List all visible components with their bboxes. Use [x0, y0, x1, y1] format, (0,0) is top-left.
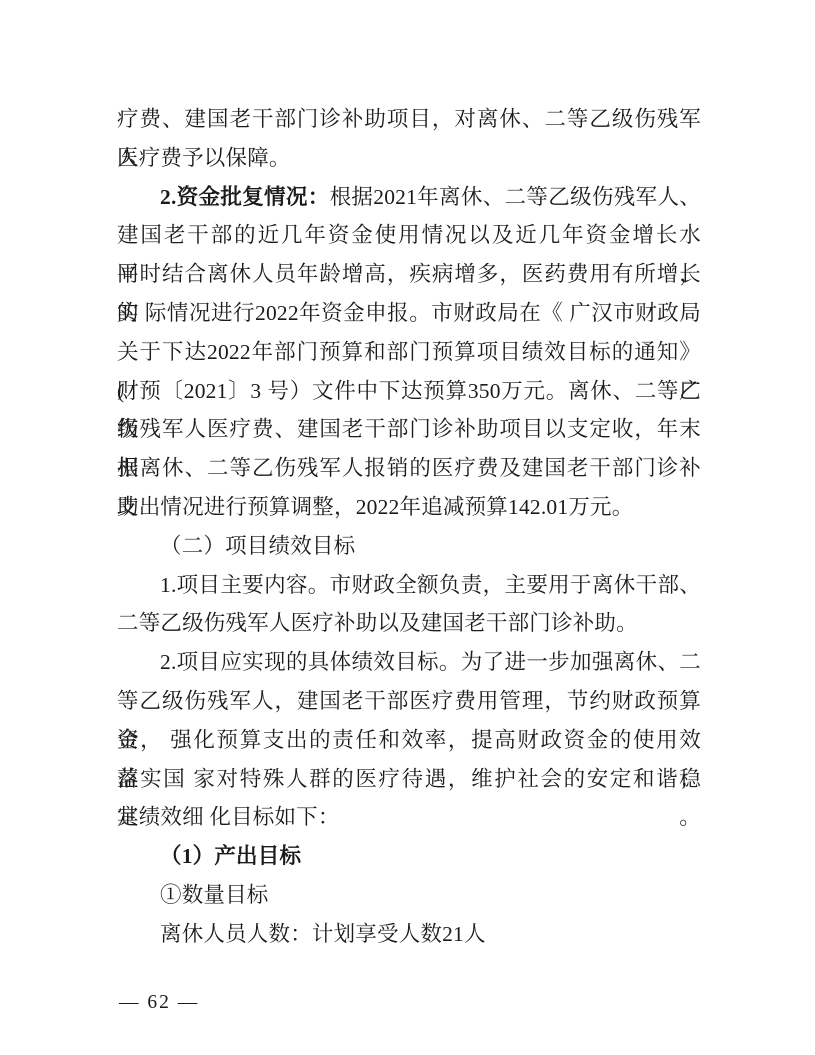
text-line: 2.资金批复情况：根据2021年离休、二等乙级伤残军人、	[117, 178, 701, 217]
text-line: （二）项目绩效目标	[117, 527, 701, 566]
text-line: 落实国 家对特殊人群的医疗待遇，维护社会的安定和谐稳定。	[117, 760, 701, 799]
text-run: 2.项目应实现的具体绩效目标。为了进一步加强离休、二	[160, 650, 701, 674]
text-line: 实 际情况进行2022年资金申报。市财政局在《 广汉市财政局	[117, 294, 701, 333]
page-number: — 62 —	[119, 992, 199, 1013]
text-line: 1.项目主要内容。市财政全额负责，主要用于离休干部、	[117, 566, 701, 605]
text-line: 2.项目应实现的具体绩效目标。为了进一步加强离休、二	[117, 643, 701, 682]
text-run: 支出情况进行预算调整，2022年追减预算142.01万元。	[117, 495, 633, 519]
text-run: （1）产出目标	[160, 844, 301, 868]
text-run: ①数量目标	[160, 883, 269, 907]
text-line: 财预〔2021〕3 号）文件中下达预算350万元。离休、二等乙级	[117, 372, 701, 411]
text-line: 疗费、建国老干部门诊补助项目，对离休、二等乙级伤残军人	[117, 100, 701, 139]
text-run: 离休人员人数：计划享受人数21人	[160, 922, 486, 946]
text-line: 医疗费予以保障。	[117, 139, 701, 178]
text-line: 等乙级伤残军人，建国老干部医疗费用管理，节约财政预算资	[117, 682, 701, 721]
text-line: 伤残军人医疗费、建国老干部门诊补助项目以支定收，年末根	[117, 410, 701, 449]
text-line: 离休人员人数：计划享受人数21人	[117, 915, 701, 954]
text-run: 二等乙级伤残军人医疗补助以及建国老干部门诊补助。	[117, 611, 638, 635]
text-run: 根据2021年离休、二等乙级伤残军人、	[330, 185, 701, 209]
document-body: 疗费、建国老干部门诊补助项目，对离休、二等乙级伤残军人医疗费予以保障。2.资金批…	[117, 100, 701, 954]
text-line: 建国老干部的近几年资金使用情况以及近几年资金增长水平，	[117, 216, 701, 255]
text-run: 1.项目主要内容。市财政全额负责，主要用于离休干部、	[160, 573, 701, 597]
document-page: 疗费、建国老干部门诊补助项目，对离休、二等乙级伤残军人医疗费予以保障。2.资金批…	[0, 0, 815, 1055]
page-footer: — 62 —	[119, 988, 199, 1018]
bold-text-run: 2.资金批复情况：	[160, 185, 330, 209]
text-line: ①数量目标	[117, 876, 701, 915]
text-run: 医疗费予以保障。	[117, 146, 291, 170]
text-line: （1）产出目标	[117, 837, 701, 876]
text-line: 金， 强化预算支出的责任和效率，提高财政资金的使用效益；	[117, 721, 701, 760]
text-line: 支出情况进行预算调整，2022年追减预算142.01万元。	[117, 488, 701, 527]
text-line: 关于下达2022年部门预算和部门预算项目绩效目标的通知》(广	[117, 333, 701, 372]
text-line: 同时结合离休人员年龄增高，疾病增多，医药费用有所增长的	[117, 255, 701, 294]
text-run: 实 际情况进行2022年资金申报。市财政局在《 广汉市财政局	[117, 301, 701, 325]
text-line: 据离休、二等乙伤残军人报销的医疗费及建国老干部门诊补助	[117, 449, 701, 488]
text-line: 二等乙级伤残军人医疗补助以及建国老干部门诊补助。	[117, 604, 701, 643]
text-run: 其绩效细 化目标如下：	[117, 805, 340, 829]
text-run: （二）项目绩效目标	[160, 534, 355, 558]
